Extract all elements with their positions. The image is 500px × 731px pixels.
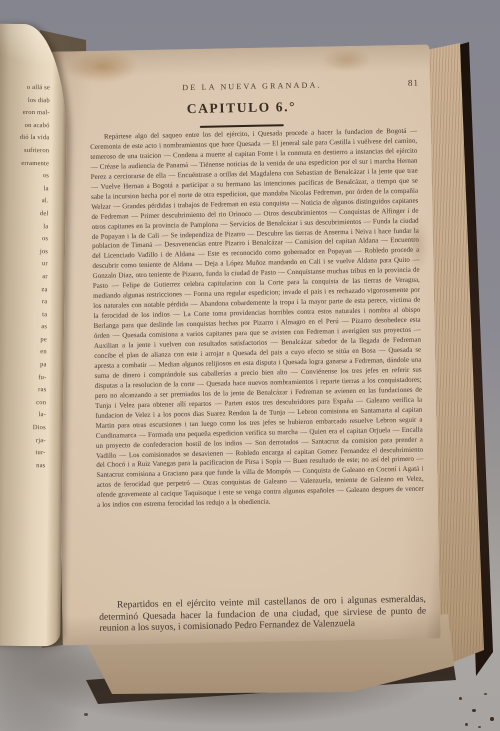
foxing-stain: [321, 48, 371, 73]
chapter-summary: Repártese algo del saqueo entre los del …: [90, 127, 424, 511]
text-fragment: pe: [0, 333, 47, 346]
text-fragment: eron mal-: [0, 107, 50, 120]
text-fragment: la: [0, 182, 49, 195]
text-fragment: nas: [0, 459, 45, 472]
foxing-stain: [67, 50, 138, 83]
debris-speck: [478, 726, 481, 728]
text-fragment: al.: [0, 195, 49, 208]
text-fragment: en: [0, 346, 47, 359]
text-fragment: con: [0, 396, 46, 409]
book-page: DE LA NUEVA GRANADA. 81 CAPITULO 6.° Rep…: [51, 44, 440, 645]
chapter-title: CAPITULO 6.°: [52, 96, 430, 119]
page-number: 81: [408, 78, 419, 88]
text-fragment: sufrieron: [0, 145, 49, 158]
text-fragment: ras: [0, 384, 46, 397]
facing-page: o allá selos diaberon mal-on acabódió la…: [0, 24, 68, 647]
debris-speck: [472, 709, 476, 712]
text-fragment: erramente: [0, 157, 49, 170]
title-rule: [200, 124, 284, 128]
debris-speck: [84, 713, 88, 716]
text-fragment: za: [0, 283, 48, 296]
facing-page-text-fragments: o allá selos diaberon mal-on acabódió la…: [0, 82, 50, 473]
debris-speck: [459, 697, 462, 700]
text-fragment: del: [0, 207, 49, 220]
text-fragment: os: [0, 170, 49, 183]
running-title: DE LA NUEVA GRANADA.: [89, 79, 415, 94]
debris-speck: [484, 693, 487, 695]
text-fragment: pa: [0, 359, 47, 372]
text-fragment: ur: [0, 258, 48, 271]
photo-scene: DE LA NUEVA GRANADA. 81 CAPITULO 6.° Rep…: [0, 0, 500, 731]
text-fragment: o allá se: [0, 82, 50, 95]
text-fragment: ar: [0, 270, 48, 283]
text-fragment: dió la vida: [0, 132, 49, 145]
text-fragment: fu-: [0, 371, 47, 384]
text-fragment: on acabó: [0, 119, 50, 132]
debris-speck: [465, 723, 468, 726]
text-fragment: Dios: [0, 422, 46, 435]
text-fragment: los diab: [0, 94, 50, 107]
text-fragment: rja-: [0, 434, 46, 447]
text-fragment: ra: [0, 296, 47, 309]
text-fragment: as: [0, 321, 47, 334]
text-fragment: jos: [0, 245, 48, 258]
page-header: DE LA NUEVA GRANADA. 81: [89, 79, 415, 99]
text-fragment: ta: [0, 308, 47, 321]
text-fragment: la: [0, 220, 48, 233]
debris-speck: [490, 717, 494, 721]
text-fragment: la-: [0, 409, 46, 422]
text-fragment: tur-: [0, 447, 46, 460]
opening-paragraph: Repartidos en el ejército veinte mil cas…: [99, 594, 427, 635]
text-fragment: os: [0, 233, 48, 246]
